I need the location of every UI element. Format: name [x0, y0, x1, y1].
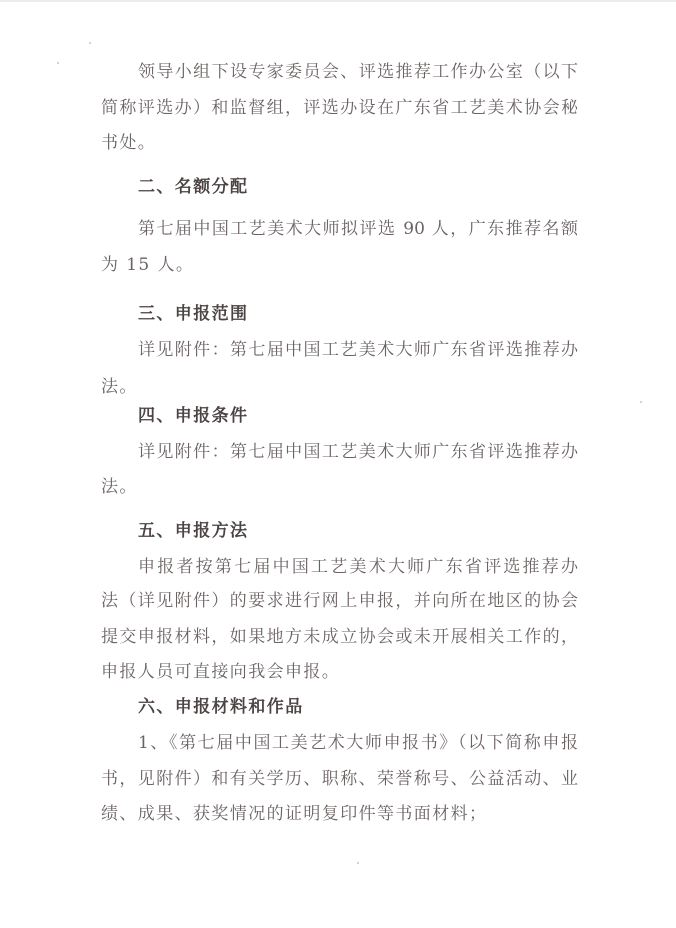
- scan-speck: [640, 401, 642, 403]
- paragraph-2-line-1: 第七届中国工艺美术大师拟评选 90 人，广东推荐名额: [138, 218, 578, 240]
- paragraph-3-line-2: 法。: [101, 376, 138, 398]
- section-heading-quota-allocation: 二、名额分配: [138, 176, 248, 198]
- paragraph-5-line-2: 法（详见附件）的要求进行网上申报，并向所在地区的协会: [101, 590, 578, 612]
- paragraph-5-line-3: 提交申报材料，如果地方未成立协会或未开展相关工作的，: [101, 626, 578, 648]
- paragraph-5-line-4: 申报人员可直接向我会申报。: [101, 661, 340, 683]
- paragraph-3-line-1: 详见附件：第七届中国工艺美术大师广东省评选推荐办: [138, 339, 578, 361]
- paragraph-4-line-2: 法。: [101, 476, 138, 498]
- scan-speck: [57, 62, 59, 64]
- section-heading-application-scope: 三、申报范围: [138, 303, 248, 325]
- paragraph-6-line-2: 书，见附件）和有关学历、职称、荣誉称号、公益活动、业: [101, 768, 578, 790]
- section-heading-application-method: 五、申报方法: [138, 520, 248, 542]
- scan-speck: [89, 42, 91, 44]
- scan-speck: [357, 862, 359, 864]
- section-heading-application-conditions: 四、申报条件: [138, 405, 248, 427]
- paragraph-1-line-1: 领导小组下设专家委员会、评选推荐工作办公室（以下: [138, 61, 578, 83]
- paragraph-5-line-1: 申报者按第七届中国工艺美术大师广东省评选推荐办: [138, 556, 578, 578]
- paragraph-4-line-1: 详见附件：第七届中国工艺美术大师广东省评选推荐办: [138, 441, 578, 463]
- paragraph-1-line-2: 简称评选办）和监督组，评选办设在广东省工艺美术协会秘: [101, 97, 578, 119]
- section-heading-materials-and-works: 六、申报材料和作品: [138, 696, 304, 718]
- paragraph-1-line-3: 书处。: [101, 132, 156, 154]
- paragraph-6-line-1: 1、《第七届中国工美艺术大师申报书》（以下简称申报: [138, 732, 578, 754]
- paragraph-2-line-2: 为 15 人。: [101, 254, 194, 276]
- paragraph-6-line-3: 绩、成果、获奖情况的证明复印件等书面材料；: [101, 803, 487, 825]
- document-page: 领导小组下设专家委员会、评选推荐工作办公室（以下 简称评选办）和监督组，评选办设…: [0, 0, 676, 928]
